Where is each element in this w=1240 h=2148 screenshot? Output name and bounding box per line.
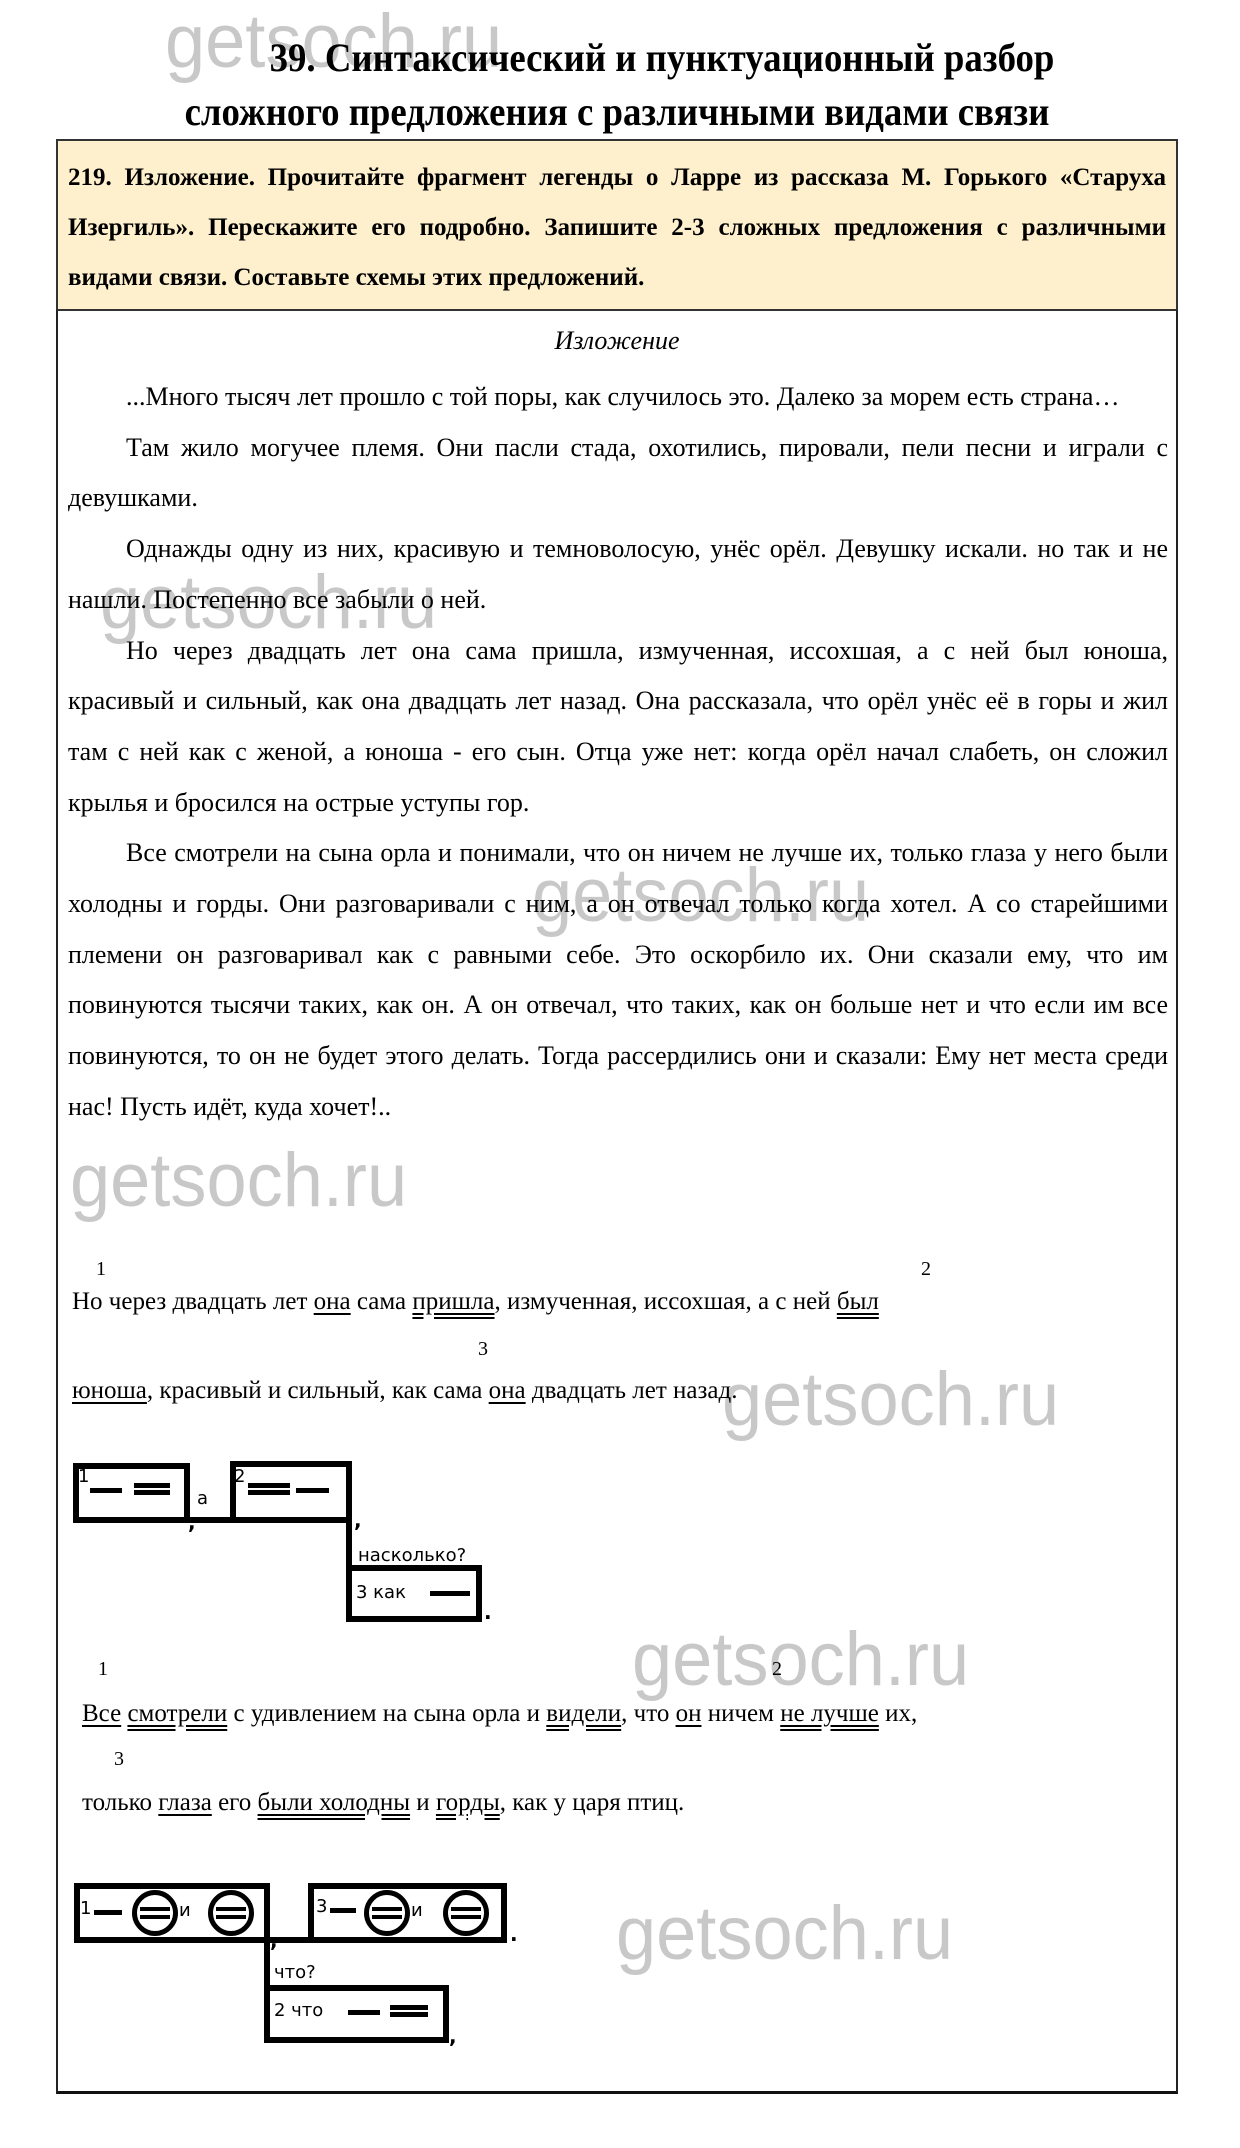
text: только [82, 1789, 158, 1816]
essay-text: ...Много тысяч лет прошло с той поры, ка… [68, 372, 1168, 1133]
text: , красивый и сильный, как сама [147, 1377, 489, 1404]
clause-number: 1 [96, 1258, 106, 1281]
text: с удивлением на сына орла [227, 1700, 526, 1727]
predicate: были холодны [258, 1789, 411, 1816]
predicate: горды [436, 1789, 500, 1816]
essay-paragraph: Все смотрели на сына орла и понимали, чт… [68, 828, 1168, 1132]
page-title-line1: 39. Синтаксический и пунктуационный разб… [92, 30, 1233, 86]
clause-number: 3 [114, 1748, 124, 1771]
text: , измученная, иссохшая, а с ней [495, 1288, 837, 1315]
subject: она [314, 1288, 351, 1315]
predicate: не лучше [780, 1700, 879, 1727]
subject: юноша [72, 1377, 147, 1404]
predicate: пришла [412, 1288, 494, 1315]
text: двадцать лет назад. [526, 1377, 738, 1404]
text: , как у царя птиц. [500, 1789, 685, 1816]
text: и [527, 1700, 547, 1727]
clause-number: 3 [478, 1338, 488, 1361]
predicate: был [837, 1288, 879, 1315]
subject: глаза [158, 1789, 212, 1816]
text: его [212, 1789, 258, 1816]
text: Но через двадцать лет [72, 1288, 314, 1315]
sentence1-line2: юноша, красивый и сильный, как сама она … [72, 1377, 737, 1405]
essay-paragraph: Но через двадцать лет она сама пришла, и… [68, 626, 1168, 829]
clause-number: 2 [772, 1658, 782, 1681]
task-box: 219. Изложение. Прочитайте фрагмент леге… [56, 139, 1178, 311]
sentence2-line1: Все смотрели с удивлением на сына орла и… [82, 1700, 917, 1728]
subject: Все [82, 1700, 121, 1727]
sentence1-line1: Но через двадцать лет она сама пришла, и… [72, 1288, 879, 1316]
essay-paragraph: Однажды одну из них, красивую и темновол… [68, 524, 1168, 625]
subject: он [676, 1700, 702, 1727]
text: ничем [701, 1700, 780, 1727]
essay-title: Изложение [56, 326, 1178, 356]
page-title-line2: сложного предложения с различными видами… [47, 84, 1188, 140]
text: сама [351, 1288, 413, 1315]
predicate: видели [546, 1700, 621, 1727]
clause-number: 1 [98, 1658, 108, 1681]
clause-number: 2 [921, 1258, 931, 1281]
subject: она [489, 1377, 526, 1404]
predicate: смотрели [127, 1700, 227, 1727]
essay-paragraph: Там жило могучее племя. Они пасли стада,… [68, 423, 1168, 524]
sentence2-line2: только глаза его были холодны и горды, к… [82, 1789, 684, 1817]
essay-paragraph: ...Много тысяч лет прошло с той поры, ка… [68, 372, 1168, 423]
text: , что [621, 1700, 675, 1727]
connector-line [346, 1518, 352, 1568]
task-text: 219. Изложение. Прочитайте фрагмент леге… [68, 153, 1166, 303]
text: и [410, 1789, 436, 1816]
text: их, [879, 1700, 917, 1727]
